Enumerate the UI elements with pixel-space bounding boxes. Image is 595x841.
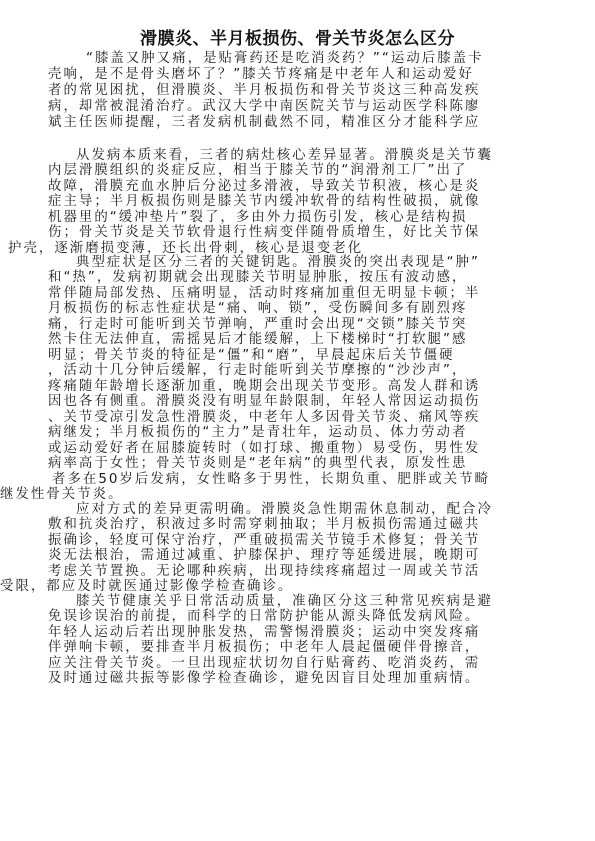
text-line: 因也各有侧重。滑膜炎没有明显年龄限制，年轻人常因运动损伤: [48, 394, 480, 409]
text-line: 、关节受凉引发急性滑膜炎，中老年人多因骨关节炎、痛风等疾: [48, 410, 480, 425]
text-line: 从发病本质来看，三者的病灶核心差异显著。滑膜炎是关节囊: [76, 148, 493, 163]
text-line: 月板损伤的标志性症状是“痛、响、锁”，受伤瞬间多有剧烈疼: [48, 301, 467, 316]
text-line: 机器里的“缓冲垫片”裂了，多由外力损伤引发，核心是结构损: [48, 210, 467, 225]
text-line: 护壳，逐渐磨损变薄，还长出骨刺，核心是退变老化: [8, 241, 363, 256]
text-line: 继发性骨关节炎。: [0, 487, 124, 502]
text-line: 病率高于女性；骨关节炎则是“老年病”的典型代表，原发性患: [48, 456, 467, 471]
text-line: 敷和抗炎治疗，积液过多时需穿刺抽取；半月板损伤需通过磁共: [48, 517, 480, 532]
text-line: 斌主任医师提醒，三者发病机制截然不同，精准区分才能科学应: [48, 115, 480, 130]
text-line: 痛，行走时可能听到关节弹响，严重时会出现“交锁”膝关节突: [48, 317, 467, 332]
text-line: 受限，都应及时就医通过影像学检查确诊。: [0, 579, 293, 594]
document-title: 滑膜炎、半月板损伤、骨关节炎怎么区分: [0, 24, 595, 49]
text-line: 故障，滑膜充血水肿后分泌过多滑液，导致关节积液，核心是炎: [48, 179, 480, 194]
text-line: 考虑关节置换。无论哪种疾病，出现持续疼痛超过一周或关节活: [48, 564, 480, 579]
text-line: 或运动爱好者在屈膝旋转时（如打球、搬重物）易受伤，男性发: [48, 441, 480, 456]
text-line: 伤；骨关节炎是关节软骨退行性病变伴随骨质增生，好比关节保: [48, 225, 480, 240]
text-line: 典型症状是区分三者的关键钥匙。滑膜炎的突出表现是“肿”: [76, 255, 480, 270]
text-line: 者的常见困扰，但滑膜炎、半月板损伤和骨关节炎这三种高发疾: [48, 83, 480, 98]
text-line: 应对方式的差异更需明确。滑膜炎急性期需休息制动，配合冷: [76, 502, 493, 517]
text-line: 者多在50岁后发病，女性略多于男性，长期负重、肥胖或关节畸: [52, 472, 490, 487]
text-line: 年轻人运动后若出现肿胀发热，需警惕滑膜炎；运动中突发疼痛: [48, 625, 480, 640]
text-line: 和“热”，发病初期就会出现膝关节明显肿胀，按压有波动感，: [48, 270, 467, 285]
text-line: 免误诊误治的前提，而科学的日常防护能从源头降低发病风险。: [48, 609, 480, 624]
text-line: 病，却常被混淆治疗。武汉大学中南医院关节与运动医学科陈廖: [48, 99, 480, 114]
text-line: 壳响，是不是骨头磨坏了？”膝关节疼痛是中老年人和运动爱好: [48, 67, 474, 82]
text-line: 明显；骨关节炎的特征是“僵”和“磨”，早晨起床后关节僵硬: [48, 348, 455, 363]
text-line: 然卡住无法伸直，需摇晃后才能缓解，上下楼梯时“打软腿”感: [48, 332, 467, 347]
text-line: 应关注骨关节炎。一旦出现症状切勿自行贴膏药、吃消炎药，需: [48, 656, 480, 671]
text-line: 内层滑膜组织的炎症反应，相当于膝关节的“润滑剂工厂”出了: [48, 163, 467, 178]
text-line: 及时通过磁共振等影像学检查确诊，避免因盲目处理加重病情。: [48, 671, 480, 686]
text-line: 炎无法根治，需通过减重、护膝保护、理疗等延缓进展，晚期可: [48, 548, 480, 563]
text-line: “膝盖又肿又痛，是贴膏药还是吃消炎药？”“运动后膝盖卡: [86, 51, 484, 66]
text-line: 膝关节健康关乎日常活动质量，准确区分这三种常见疾病是避: [76, 594, 493, 609]
text-line: 症主导；半月板损伤则是膝关节内缓冲软骨的结构性破损，就像: [48, 194, 480, 209]
text-line: 常伴随局部发热、压痛明显，活动时疼痛加重但无明显卡顿；半: [48, 286, 480, 301]
text-line: 振确诊，轻度可保守治疗，严重破损需关节镜手术修复；骨关节: [48, 533, 480, 548]
text-line: ，活动十几分钟后缓解，行走时能听到关节摩擦的“沙沙声”，: [48, 363, 467, 378]
text-line: 疼痛随年龄增长逐渐加重，晚期会出现关节变形。高发人群和诱: [48, 379, 480, 394]
text-line: 病继发；半月板损伤的“主力”是青壮年，运动员、体力劳动者: [48, 425, 467, 440]
text-line: 伴弹响卡顿，要排查半月板损伤；中老年人晨起僵硬伴骨擦音，: [48, 640, 480, 655]
